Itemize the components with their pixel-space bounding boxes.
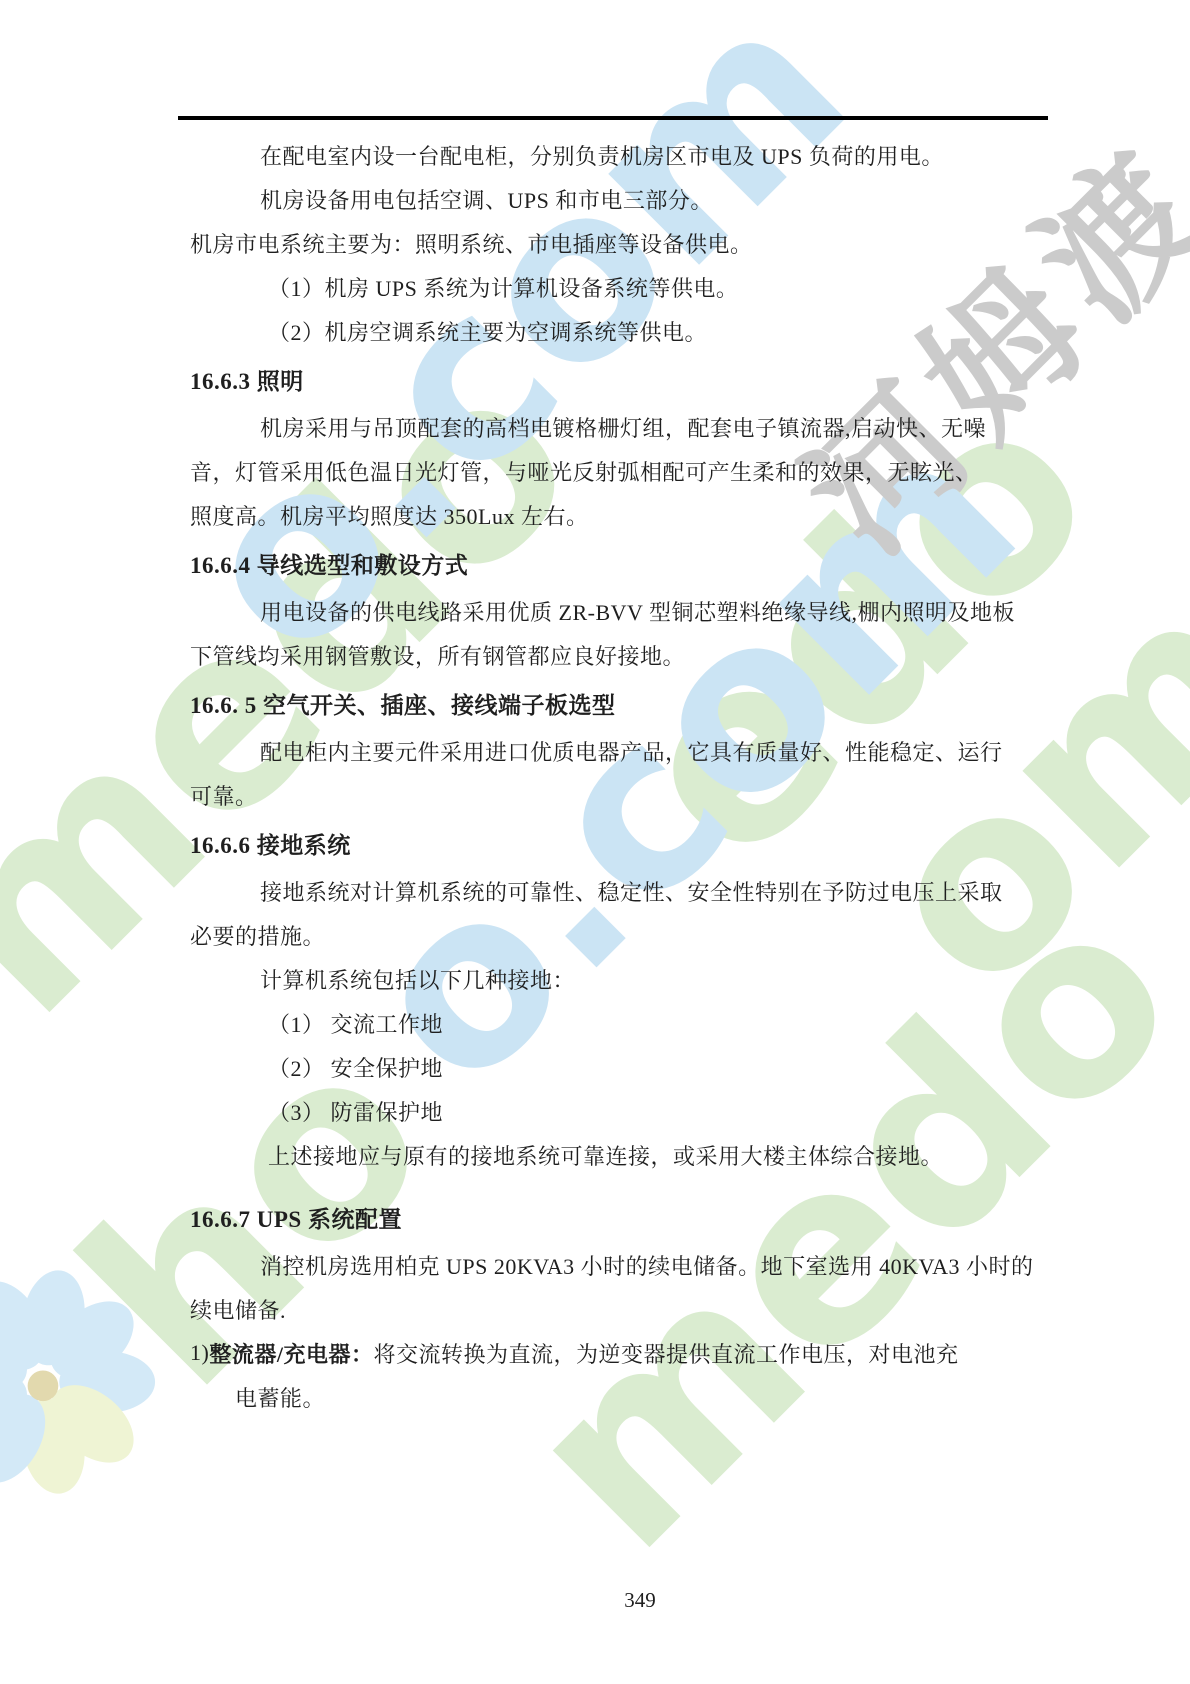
text-line: （1） 交流工作地	[190, 1001, 1026, 1045]
term-text: 将交流转换为直流，为逆变器提供直流工作电压，对电池充	[373, 1338, 958, 1369]
section-heading: 16.6. 5 空气开关、插座、接线端子板选型	[190, 677, 1026, 729]
term-text: 1)	[190, 1340, 209, 1366]
text-line: 续电储备.	[190, 1287, 1026, 1331]
text-line: 消控机房选用柏克 UPS 20KVA3 小时的续电储备。地下室选用 40KVA3…	[190, 1243, 1026, 1287]
header-rule	[178, 116, 1048, 120]
text-line: 计算机系统包括以下几种接地：	[190, 957, 1026, 1001]
text-line: 机房设备用电包括空调、UPS 和市电三部分。	[190, 177, 1026, 221]
text-line: 在配电室内设一台配电柜，分别负责机房区市电及 UPS 负荷的用电。	[190, 133, 1026, 177]
section-heading: 16.6.3 照明	[190, 353, 1026, 405]
flower-logo-icon	[0, 1267, 157, 1497]
text-line: 用电设备的供电线路采用优质 ZR-BVV 型铜芯塑料绝缘导线,棚内照明及地板	[190, 589, 1026, 633]
document-page: medohomedoedoomo.como.com河姆渡 在配电室内设一台配电柜…	[0, 0, 1190, 1684]
page-number: 349	[600, 1588, 680, 1613]
term-bold: 整流器/充电器：	[209, 1338, 373, 1369]
text-line: 接地系统对计算机系统的可靠性、稳定性、安全性特别在予防过电压上采取	[190, 869, 1026, 913]
section-heading: 16.6.7 UPS 系统配置	[190, 1191, 1026, 1243]
text-line: （2） 安全保护地	[190, 1045, 1026, 1089]
text-line: 必要的措施。	[190, 913, 1026, 957]
text-line: 上述接地应与原有的接地系统可靠连接，或采用大楼主体综合接地。	[190, 1133, 1026, 1177]
section-heading: 16.6.6 接地系统	[190, 817, 1026, 869]
document-body: 在配电室内设一台配电柜，分别负责机房区市电及 UPS 负荷的用电。机房设备用电包…	[190, 133, 1026, 1419]
text-line: 电蓄能。	[190, 1375, 1026, 1419]
text-line: 可靠。	[190, 773, 1026, 817]
text-line: 机房采用与吊顶配套的高档电镀格栅灯组，配套电子镇流器,启动快、无噪	[190, 405, 1026, 449]
text-line: 1) 整流器/充电器：将交流转换为直流，为逆变器提供直流工作电压，对电池充	[190, 1331, 1026, 1375]
text-line: 配电柜内主要元件采用进口优质电器产品，它具有质量好、性能稳定、运行	[190, 729, 1026, 773]
text-line: （2）机房空调系统主要为空调系统等供电。	[190, 309, 1026, 353]
text-line: 音，灯管采用低色温日光灯管，与哑光反射弧相配可产生柔和的效果，无眩光、	[190, 449, 1026, 493]
text-line: 下管线均采用钢管敷设，所有钢管都应良好接地。	[190, 633, 1026, 677]
text-line: （1）机房 UPS 系统为计算机设备系统等供电。	[190, 265, 1026, 309]
text-line: （3） 防雷保护地	[190, 1089, 1026, 1133]
text-line: 照度高。机房平均照度达 350Lux 左右。	[190, 493, 1026, 537]
text-line: 机房市电系统主要为：照明系统、市电插座等设备供电。	[190, 221, 1026, 265]
section-heading: 16.6.4 导线选型和敷设方式	[190, 537, 1026, 589]
